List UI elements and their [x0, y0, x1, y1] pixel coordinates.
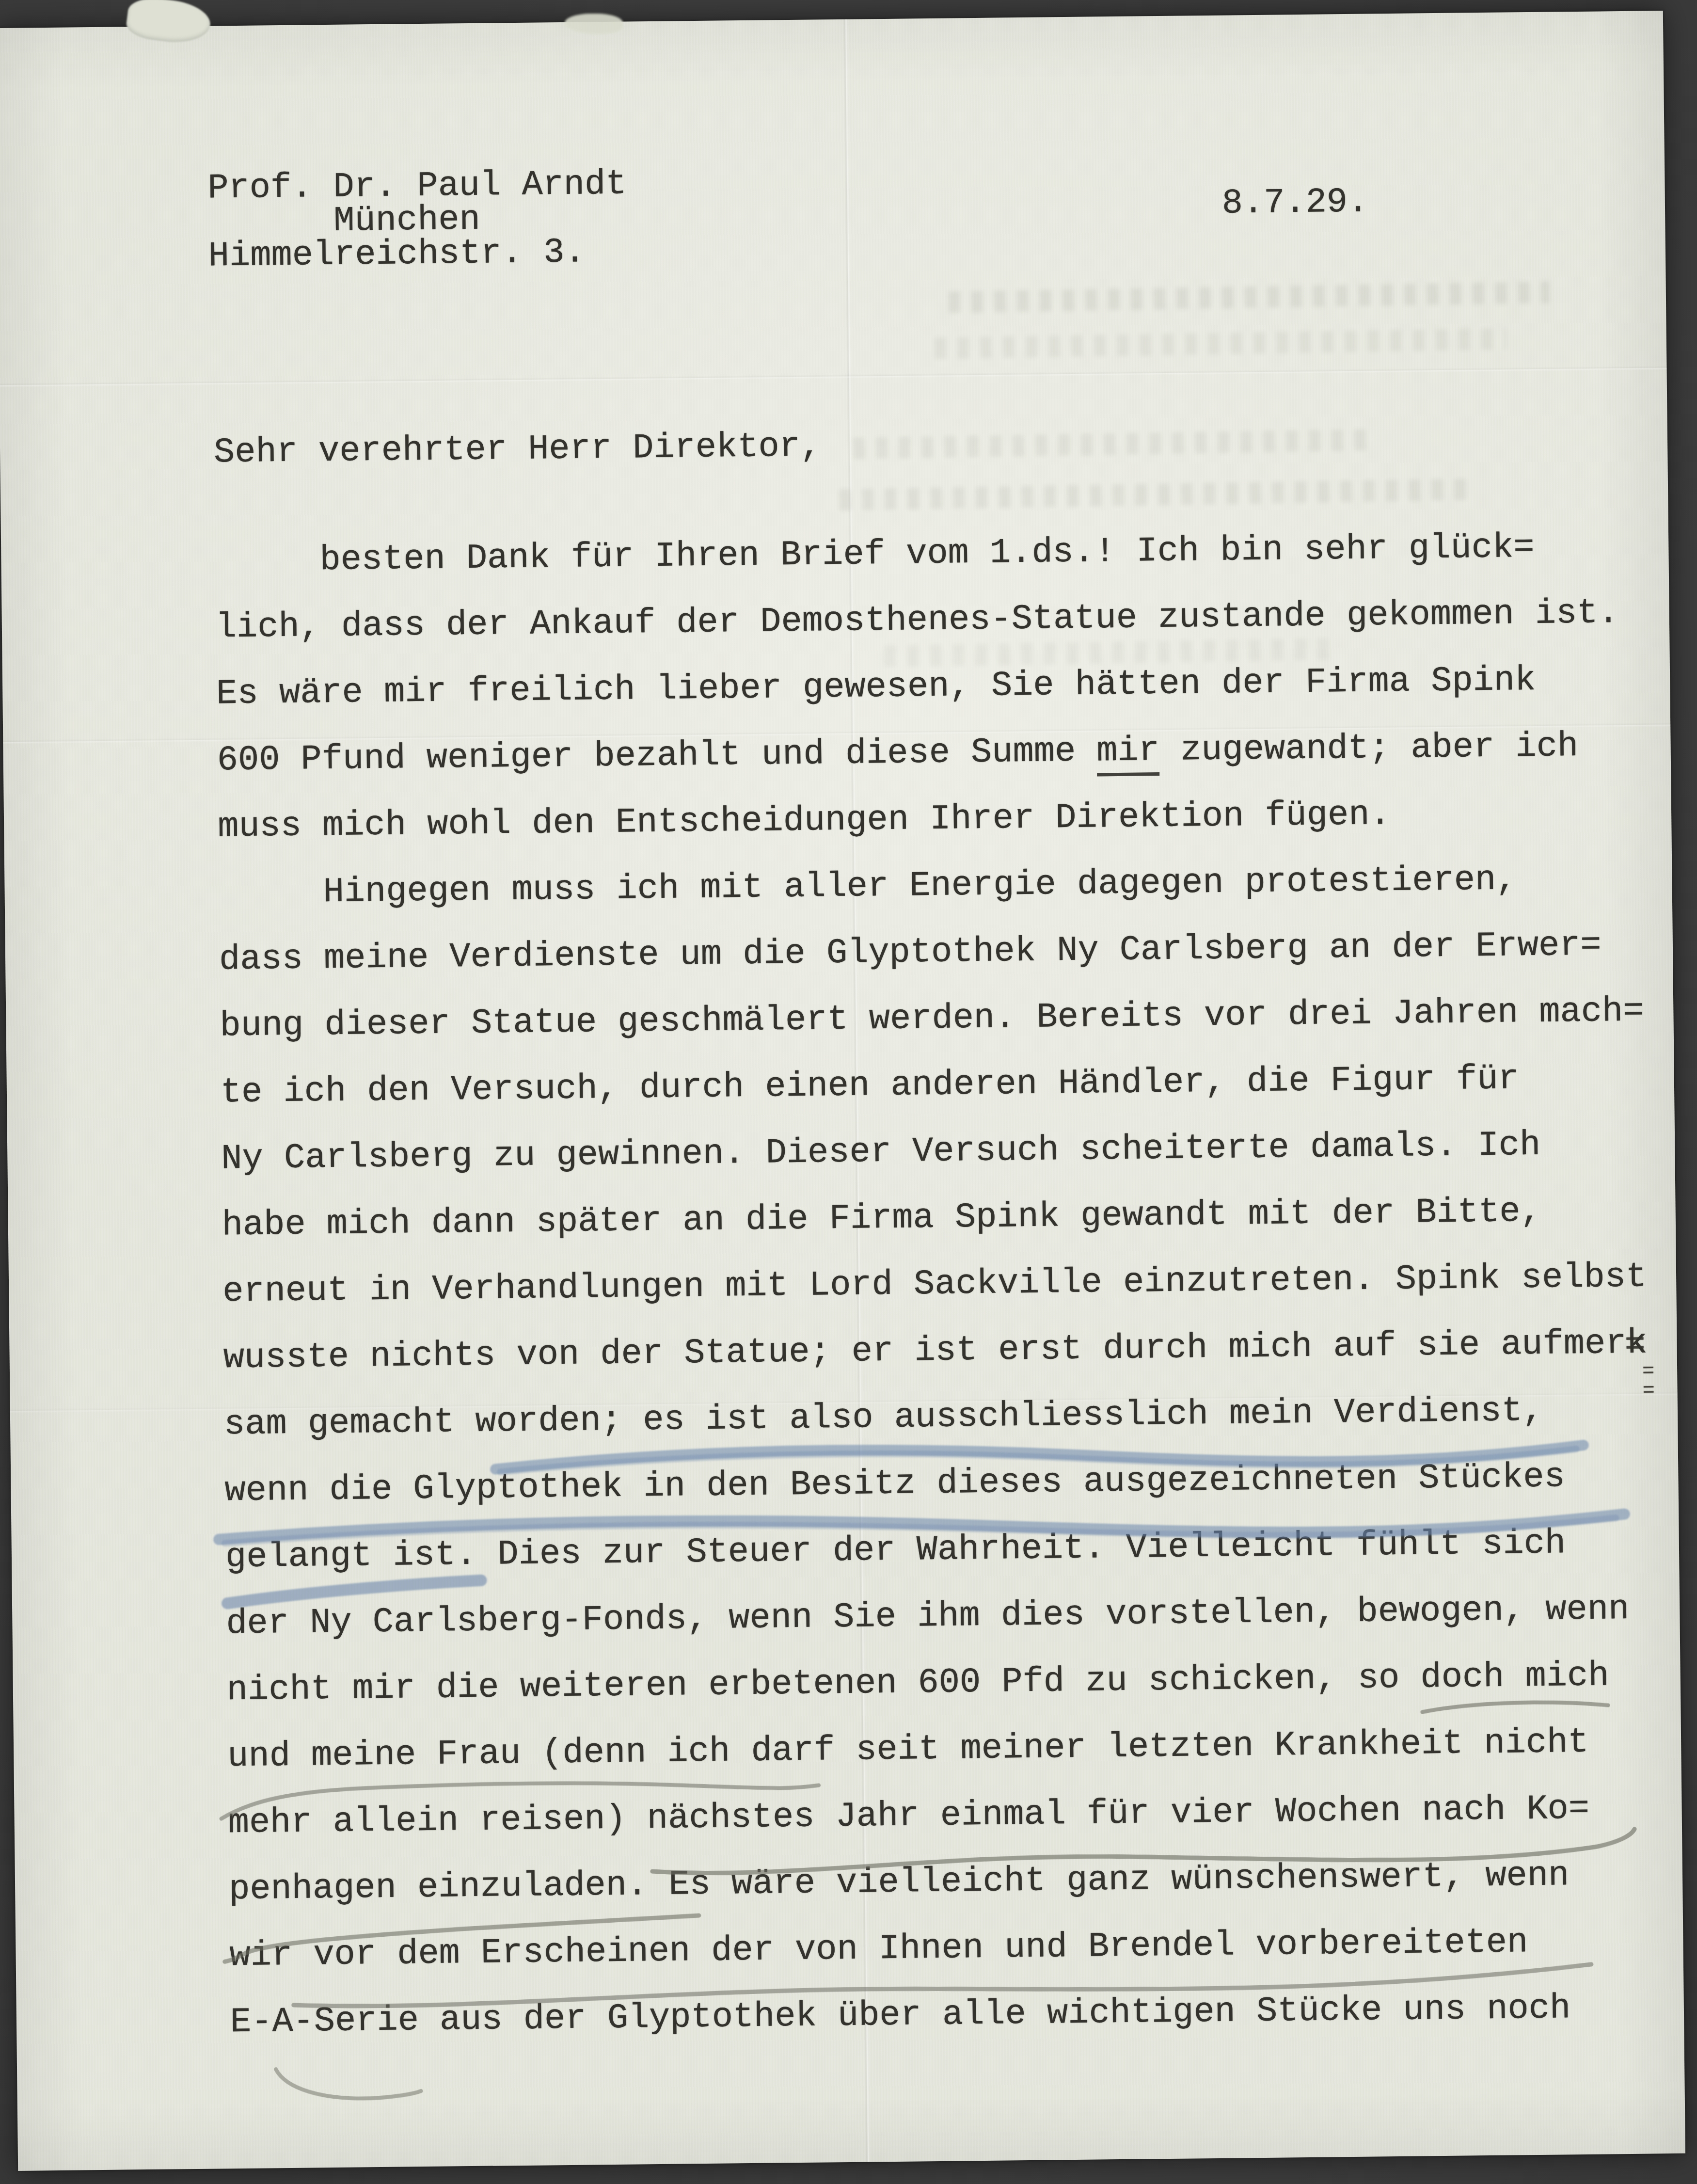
ghost-ink-smudge	[935, 328, 1507, 359]
margin-equals-top: =	[1642, 1361, 1655, 1381]
pencil-mark-bottom-left	[268, 2059, 428, 2109]
line4-pre: 600 Pfund weniger bezahlt und diese Summ…	[217, 731, 1096, 780]
margin-equals-bottom: =	[1642, 1381, 1655, 1400]
ghost-ink-smudge	[949, 282, 1550, 313]
sender-name: Prof. Dr. Paul Arndt	[207, 167, 627, 206]
line13-pre: wusste nichts von der Statue; er ist ers…	[223, 1323, 1627, 1378]
letter-date: 8.7.29.	[1221, 184, 1368, 221]
letter-paper: Prof. Dr. Paul Arndt München Himmelreich…	[0, 11, 1685, 2171]
horizontal-fold-crease-1	[0, 366, 1667, 387]
ghost-ink-smudge	[853, 429, 1377, 459]
letter-body: besten Dank für Ihren Brief vom 1.ds.! I…	[215, 513, 1655, 2056]
ghost-ink-smudge	[839, 478, 1470, 510]
scan-stage: Prof. Dr. Paul Arndt München Himmelreich…	[0, 0, 1697, 2184]
sender-street: Himmelreichstr. 3.	[208, 235, 628, 273]
margin-equals-marks: = =	[1642, 1361, 1655, 1400]
typed-underlined-word-mir: mir	[1096, 731, 1160, 776]
sender-address-block: Prof. Dr. Paul Arndt München Himmelreich…	[207, 167, 627, 273]
line4-post: zugewandt; aber ich	[1159, 726, 1579, 770]
body-line-23: E-A-Serie aus der Glyptothek über alle w…	[230, 1975, 1654, 2056]
salutation: Sehr verehrter Herr Direktor,	[213, 413, 821, 486]
